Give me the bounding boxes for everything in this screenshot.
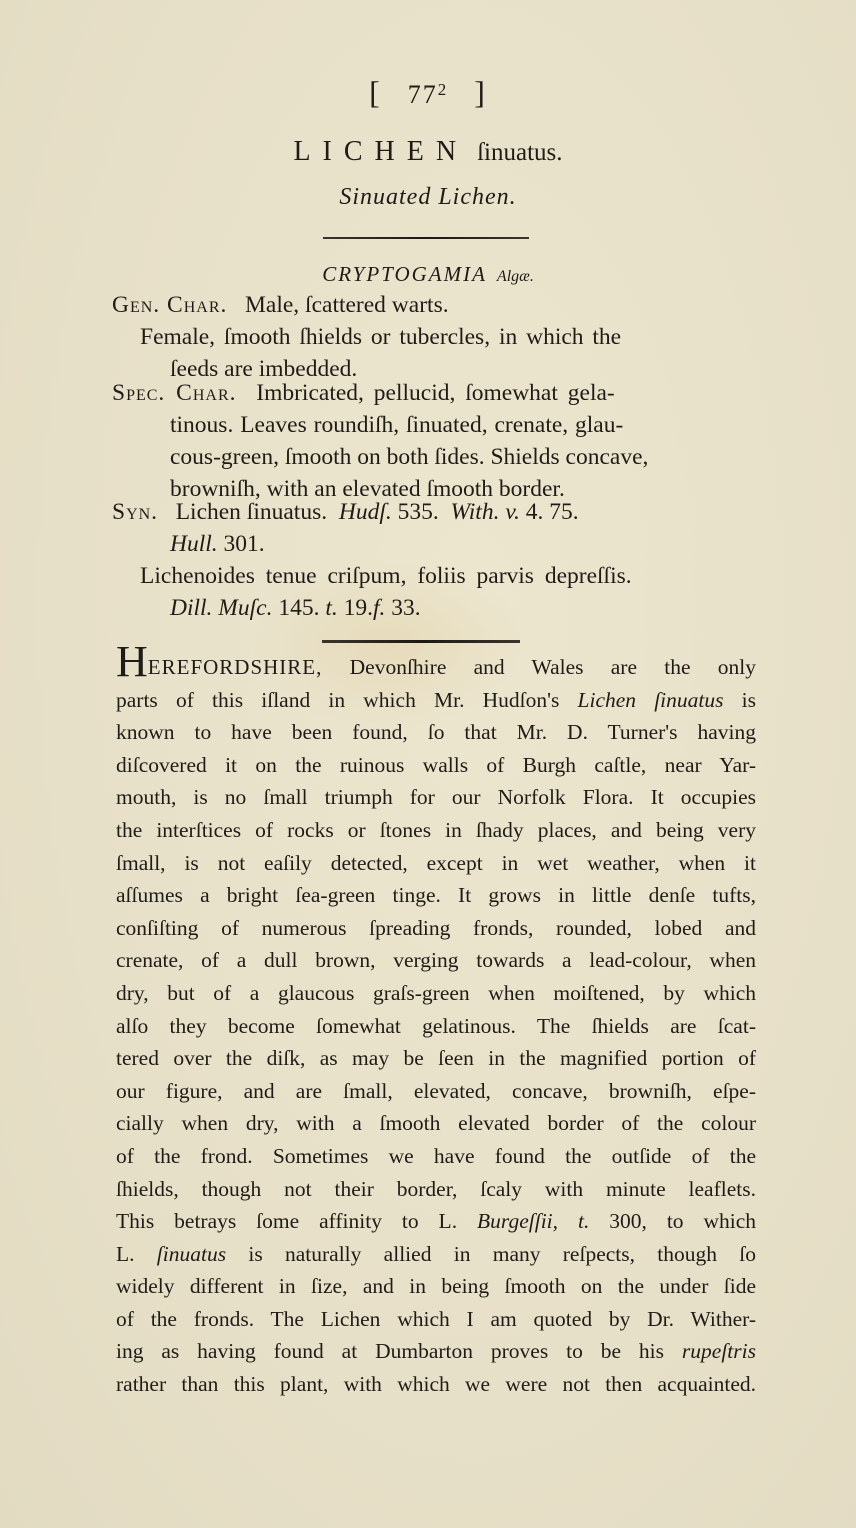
species-title: LICHEN ſinuatus.: [0, 136, 856, 168]
body-line: known to have been found, ſo that Mr. D.…: [116, 716, 756, 749]
body-line: dry, but of a glaucous graſs-green when …: [116, 977, 756, 1010]
body-line: crenate, of a dull brown, verging toward…: [116, 944, 756, 977]
body-line: HEREFORDSHIRE, Devonſhire and Wales are …: [116, 646, 756, 684]
body-line: rather than this plant, with which we we…: [116, 1368, 756, 1401]
body-line: mouth, is no ſmall triumph for our Norfo…: [116, 781, 756, 814]
body-line: conſiſting of numerous ſpreading fronds,…: [116, 912, 756, 945]
syn-label: Syn.: [112, 499, 158, 525]
synonym-line: Hull. 301.: [112, 528, 752, 560]
synonym-line: Dill. Muſc. 145. t. 19.f. 33.: [112, 592, 752, 624]
common-name: Sinuated Lichen.: [0, 184, 856, 211]
description-paragraph: HEREFORDSHIRE, Devonſhire and Wales are …: [116, 646, 756, 1401]
body-line: of the fronds. The Lichen which I am quo…: [116, 1303, 756, 1336]
book-page: [772] LICHEN ſinuatus. Sinuated Lichen. …: [0, 0, 856, 1528]
body-line: aſſumes a bright ſea-green tinge. It gro…: [116, 879, 756, 912]
gen-char-line: Female, ſmooth ſhields or tubercles, in …: [112, 321, 752, 353]
body-line: ſmall, is not eaſily detected, except in…: [116, 847, 756, 880]
species-epithet: ſinuatus.: [477, 139, 562, 166]
body-line: the interſtices of rocks or ſtones in ſh…: [116, 814, 756, 847]
spec-char-label: Spec. Char.: [112, 380, 237, 406]
body-line: cially when dry, with a ſmooth elevated …: [116, 1107, 756, 1140]
gen-char-line: Gen. Char. Male, ſcattered warts.: [112, 289, 752, 321]
body-line: our figure, and are ſmall, elevated, con…: [116, 1075, 756, 1108]
spec-char-line: cous-green, ſmooth on both ſides. Shield…: [112, 441, 752, 473]
body-line: widely different in ſize, and in being ſ…: [116, 1270, 756, 1303]
spec-char-line: Spec. Char. Imbricated, pellucid, ſomewh…: [112, 377, 752, 409]
title-divider: [323, 237, 529, 239]
gen-char-label: Gen. Char.: [112, 292, 227, 318]
body-line: This betrays ſome affinity to L. Burgeſſ…: [116, 1205, 756, 1238]
synonym-line: Syn. Lichen ſinuatus. Hudſ. 535. With. v…: [112, 496, 752, 528]
body-line: alſo they become ſomewhat gelatinous. Th…: [116, 1010, 756, 1043]
body-line: L. ſinuatus is naturally allied in many …: [116, 1238, 756, 1271]
body-line: tered over the diſk, as may be ſeen in t…: [116, 1042, 756, 1075]
page-number-value: 772: [408, 80, 449, 109]
spec-char-line: tinous. Leaves roundiſh, ſinuated, crena…: [112, 409, 752, 441]
generic-character: Gen. Char. Male, ſcattered warts. Female…: [112, 289, 752, 385]
body-line: diſcovered it on the ruinous walls of Bu…: [116, 749, 756, 782]
body-line: ing as having found at Dumbarton proves …: [116, 1335, 756, 1368]
body-line: of the frond. Sometimes we have found th…: [116, 1140, 756, 1173]
synonymy: Syn. Lichen ſinuatus. Hudſ. 535. With. v…: [112, 496, 752, 624]
page-number-close-bracket: ]: [474, 74, 487, 110]
drop-cap: H: [116, 637, 148, 686]
body-line: parts of this iſland in which Mr. Hudſon…: [116, 684, 756, 717]
order-name: Algæ.: [497, 268, 534, 285]
specific-character: Spec. Char. Imbricated, pellucid, ſomewh…: [112, 377, 752, 505]
synonym-line: Lichenoides tenue criſpum, foliis parvis…: [112, 560, 752, 592]
body-line: ſhields, though not their border, ſcaly …: [116, 1173, 756, 1206]
genus-name: LICHEN: [293, 136, 468, 167]
classification: CRYPTOGAMIAAlgæ.: [0, 262, 856, 287]
page-number: [772]: [0, 74, 856, 111]
page-number-open-bracket: [: [369, 74, 382, 110]
class-name: CRYPTOGAMIA: [322, 262, 487, 286]
section-divider: [322, 640, 520, 643]
